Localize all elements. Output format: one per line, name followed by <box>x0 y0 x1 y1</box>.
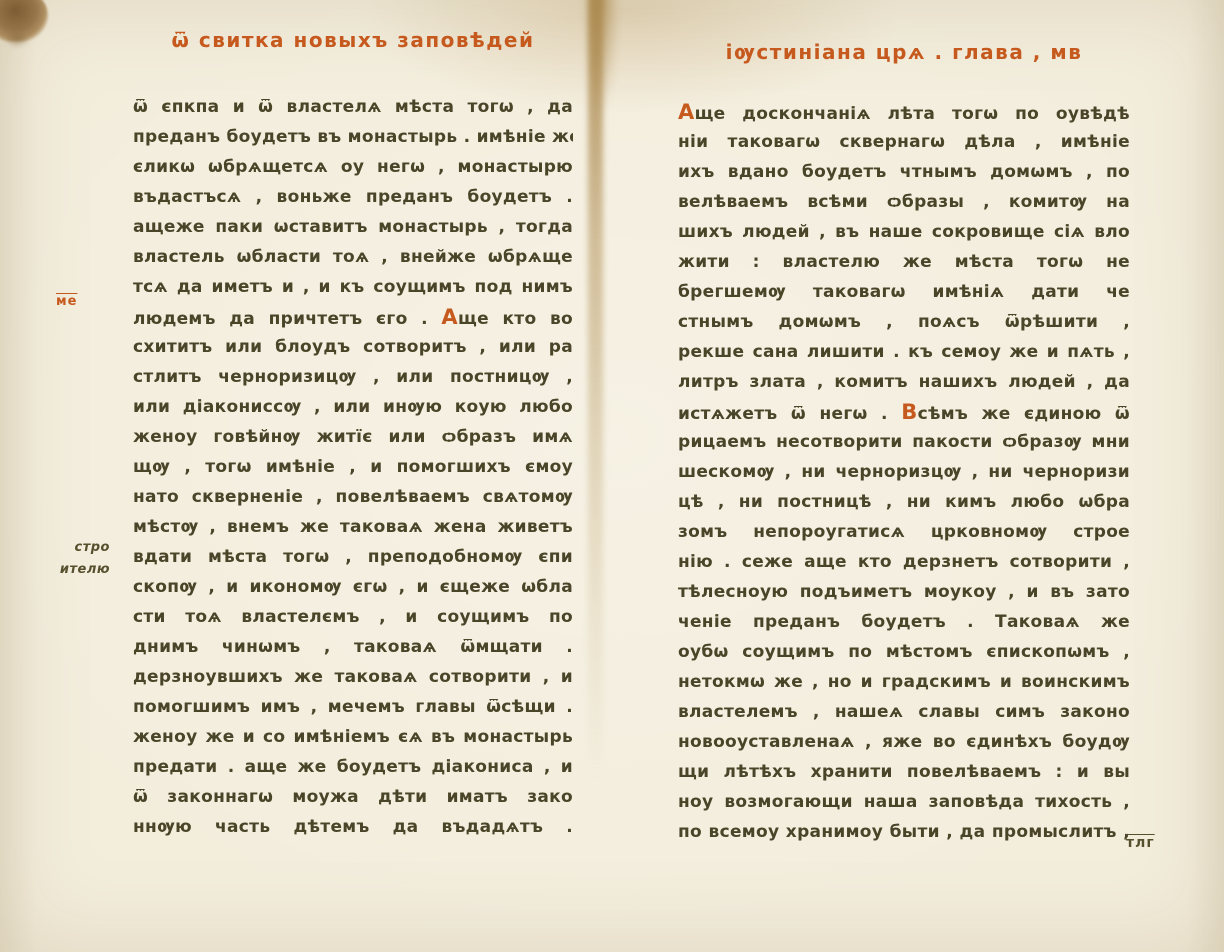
text-segment: щи лѣтѣхъ хранити повелѣваемъ : и вы <box>678 762 1130 782</box>
text-line: предати . аще же боудетъ діакониса , и <box>133 752 573 782</box>
corner-stain-tail <box>4 30 30 48</box>
text-line: стнымъ домѡмъ , поѧсъ ѿрѣшити , <box>678 307 1130 337</box>
quire-signature: тлг <box>1126 835 1155 851</box>
text-segment: оубѡ соущимъ по мѣстомъ єпископѡмъ , <box>678 642 1130 662</box>
text-segment: помогшимъ имъ , мечемъ главы ѿсѣщи . <box>133 697 573 717</box>
text-line: или діакониссѹ , или инѹю коую любо <box>133 392 573 422</box>
text-line: щи лѣтѣхъ хранити повелѣваемъ : и вы <box>678 757 1130 787</box>
text-segment: ихъ вдано боудетъ чтнымъ домѡмъ , по <box>678 162 1130 182</box>
text-segment: новооуставленаѧ , яже во єдинѣхъ боудѹ <box>678 732 1130 752</box>
text-line: нію . сеже аще кто дерзнетъ сотворити , <box>678 547 1130 577</box>
text-segment: щѹ , тогѡ имѣніе , и помогшихъ ємоу <box>133 457 573 477</box>
text-segment: ще кто во <box>458 309 573 329</box>
text-line: рекше сана лишити . къ семоу же и пѧть , <box>678 337 1130 367</box>
text-line: тѣлесноую подъиметъ моукоу , и въ зато <box>678 577 1130 607</box>
text-segment: властель ѡбласти тоѧ , внейже ѡбрѧще <box>133 247 573 267</box>
text-segment: нетокмѡ же , но и градскимъ и воинскимъ <box>678 672 1130 692</box>
text-segment: ченіе преданъ боудетъ . Таковаѧ же <box>678 612 1130 632</box>
text-line: Аще доскончаніѧ лѣта тогѡ по оувѣдѣ <box>678 97 1130 127</box>
text-line: щѹ , тогѡ имѣніе , и помогшихъ ємоу <box>133 452 573 482</box>
text-segment: дерзноувшихъ же таковаѧ сотворити , и <box>133 667 573 687</box>
text-segment: людемъ да причтетъ єго . <box>133 309 441 329</box>
text-segment: тсѧ да иметъ и , и къ соущимъ под нимъ <box>133 277 573 297</box>
text-segment: рицаемъ несотворити пакости ѻбразѹ мни <box>678 432 1130 452</box>
text-line: женоу говѣйнѹ житїє или ѻбразъ имѧ <box>133 422 573 452</box>
text-segment: ще доскончаніѧ лѣта тогѡ по оувѣдѣ <box>695 104 1130 124</box>
text-line: ченіе преданъ боудетъ . Таковаѧ же <box>678 607 1130 637</box>
text-segment: по всемоу хранимоу быти , да промыслитъ … <box>678 822 1130 842</box>
text-line: оубѡ соущимъ по мѣстомъ єпископѡмъ , <box>678 637 1130 667</box>
text-segment: єликѡ ѡбрѧщетсѧ оу негѡ , монастырю <box>133 157 573 177</box>
text-segment: велѣваемъ всѣми ѻбразы , комитѹ на <box>678 192 1130 212</box>
text-segment: рекше сана лишити . къ семоу же и пѧть , <box>678 342 1130 362</box>
text-segment: сти тоѧ властелємъ , и соущимъ по <box>133 607 573 627</box>
text-segment: нію . сеже аще кто дерзнетъ сотворити , <box>678 552 1130 572</box>
text-segment: брегшемѹ таковагѡ имѣніѧ дати че <box>678 282 1130 302</box>
text-line: ѿ єпкпа и ѿ властелѧ мѣста тогѡ , да <box>133 92 573 122</box>
text-line: вдати мѣста тогѡ , преподобномѹ єпи <box>133 542 573 572</box>
text-line: сти тоѧ властелємъ , и соущимъ по <box>133 602 573 632</box>
text-segment: шихъ людей , въ наше сокровище сіѧ вло <box>678 222 1130 242</box>
red-initial: А <box>441 305 458 329</box>
text-segment: въдастъсѧ , воньже преданъ боудетъ . <box>133 187 573 207</box>
text-line: дерзноувшихъ же таковаѧ сотворити , и <box>133 662 573 692</box>
text-line: нато скверненіе , повелѣваемъ свѧтомѹ <box>133 482 573 512</box>
text-line: ѿ законнагѡ моужа дѣти иматъ зако <box>133 782 573 812</box>
text-segment: ѿ єпкпа и ѿ властелѧ мѣста тогѡ , да <box>133 97 573 117</box>
text-segment: жити : властелю же мѣста тогѡ не <box>678 252 1130 272</box>
red-initial: В <box>901 400 917 424</box>
text-segment: женоу говѣйнѹ житїє или ѻбразъ имѧ <box>133 427 573 447</box>
handwritten-margin-note: стро ителю <box>30 537 110 581</box>
text-segment: властелемъ , нашеѧ славы симъ законо <box>678 702 1130 722</box>
text-segment: предати . аще же боудетъ діакониса , и <box>133 757 573 777</box>
text-line: нетокмѡ же , но и градскимъ и воинскимъ <box>678 667 1130 697</box>
text-line: цѣ , ни постницѣ , ни кимъ любо ѡбра <box>678 487 1130 517</box>
text-segment: тѣлесноую подъиметъ моукоу , и въ зато <box>678 582 1130 602</box>
text-line: стлитъ черноризицѹ , или постницѹ , <box>133 362 573 392</box>
text-line: истѧжетъ ѿ негѡ . Всѣмъ же єдиною ѿ <box>678 397 1130 427</box>
text-segment: цѣ , ни постницѣ , ни кимъ любо ѡбра <box>678 492 1130 512</box>
text-line: мѣстѹ , внемъ же таковаѧ жена живетъ <box>133 512 573 542</box>
text-line: властель ѡбласти тоѧ , внейже ѡбрѧще <box>133 242 573 272</box>
text-line: єликѡ ѡбрѧщетсѧ оу негѡ , монастырю <box>133 152 573 182</box>
gutter-shadow <box>588 0 603 780</box>
text-segment: преданъ боудетъ въ монастырь . имѣніе же <box>133 127 573 147</box>
text-segment: литръ злата , комитъ нашихъ людей , да <box>678 372 1130 392</box>
text-line: преданъ боудетъ въ монастырь . имѣніе же <box>133 122 573 152</box>
text-line: скопѹ , и икономѹ єгѡ , и єщеже ѡбла <box>133 572 573 602</box>
text-line: по всемоу хранимоу быти , да промыслитъ … <box>678 817 1130 847</box>
text-segment: ніи таковагѡ сквернагѡ дѣла , имѣніе <box>678 132 1130 152</box>
book-scan: { "colors": { "paper": "#f3eddc", "ink":… <box>0 0 1224 952</box>
text-line: новооуставленаѧ , яже во єдинѣхъ боудѹ <box>678 727 1130 757</box>
text-line: рицаемъ несотворити пакости ѻбразѹ мни <box>678 427 1130 457</box>
text-line: ащеже паки ѡставитъ монастырь , тогда <box>133 212 573 242</box>
text-line: властелемъ , нашеѧ славы симъ законо <box>678 697 1130 727</box>
text-line: ноу возмогающи наша заповѣда тихость , <box>678 787 1130 817</box>
text-segment: стлитъ черноризицѹ , или постницѹ , <box>133 367 573 387</box>
text-line: шескомѹ , ни черноризцѹ , ни черноризи <box>678 457 1130 487</box>
text-segment: вдати мѣста тогѡ , преподобномѹ єпи <box>133 547 573 567</box>
text-line: женоу же и со имѣніемъ єѧ въ монастырь <box>133 722 573 752</box>
text-line: жити : властелю же мѣста тогѡ не <box>678 247 1130 277</box>
text-segment: истѧжетъ ѿ негѡ . <box>678 404 901 424</box>
text-segment: ащеже паки ѡставитъ монастырь , тогда <box>133 217 573 237</box>
chapter-number-margin: ме <box>56 294 77 309</box>
left-page-text: ѿ єпкпа и ѿ властелѧ мѣста тогѡ , дапред… <box>133 92 573 842</box>
text-segment: зомъ непороугатисѧ црковномѹ строе <box>678 522 1130 542</box>
text-segment: мѣстѹ , внемъ же таковаѧ жена живетъ <box>133 517 573 537</box>
gutter-shadow-top <box>585 0 619 116</box>
text-line: велѣваемъ всѣми ѻбразы , комитѹ на <box>678 187 1130 217</box>
text-segment: стнымъ домѡмъ , поѧсъ ѿрѣшити , <box>678 312 1130 332</box>
running-title-left: ѿ свитка новыхъ заповѣдей <box>133 28 573 52</box>
corner-stain <box>0 0 48 42</box>
text-segment: днимъ чинѡмъ , таковаѧ ѿмщати . <box>133 637 573 657</box>
text-segment: женоу же и со имѣніемъ єѧ въ монастырь <box>133 727 573 747</box>
margin-note-line: стро <box>30 537 110 559</box>
text-segment: схититъ или блоудъ сотворитъ , или ра <box>133 337 573 357</box>
text-line: днимъ чинѡмъ , таковаѧ ѿмщати . <box>133 632 573 662</box>
text-segment: ннѹю часть дѣтемъ да въдадѧтъ . <box>133 817 573 837</box>
text-line: зомъ непороугатисѧ црковномѹ строе <box>678 517 1130 547</box>
text-segment: ѿ законнагѡ моужа дѣти иматъ зако <box>133 787 573 807</box>
text-line: ихъ вдано боудетъ чтнымъ домѡмъ , по <box>678 157 1130 187</box>
text-line: въдастъсѧ , воньже преданъ боудетъ . <box>133 182 573 212</box>
text-segment: скопѹ , и икономѹ єгѡ , и єщеже ѡбла <box>133 577 573 597</box>
text-line: брегшемѹ таковагѡ имѣніѧ дати че <box>678 277 1130 307</box>
text-line: схититъ или блоудъ сотворитъ , или ра <box>133 332 573 362</box>
text-line: людемъ да причтетъ єго . Аще кто во <box>133 302 573 332</box>
text-segment: сѣмъ же єдиною ѿ <box>918 404 1130 424</box>
text-segment: нато скверненіе , повелѣваемъ свѧтомѹ <box>133 487 573 507</box>
text-segment: или діакониссѹ , или инѹю коую любо <box>133 397 573 417</box>
text-segment: ноу возмогающи наша заповѣда тихость , <box>678 792 1130 812</box>
text-line: ннѹю часть дѣтемъ да въдадѧтъ . <box>133 812 573 842</box>
text-line: помогшимъ имъ , мечемъ главы ѿсѣщи . <box>133 692 573 722</box>
margin-note-line: ителю <box>30 559 110 581</box>
text-line: ніи таковагѡ сквернагѡ дѣла , имѣніе <box>678 127 1130 157</box>
text-line: литръ злата , комитъ нашихъ людей , да <box>678 367 1130 397</box>
right-page-text: Аще доскончаніѧ лѣта тогѡ по оувѣдѣніи т… <box>678 97 1130 847</box>
text-segment: шескомѹ , ни черноризцѹ , ни черноризи <box>678 462 1130 482</box>
red-initial: А <box>678 100 695 124</box>
text-line: шихъ людей , въ наше сокровище сіѧ вло <box>678 217 1130 247</box>
text-line: тсѧ да иметъ и , и къ соущимъ под нимъ <box>133 272 573 302</box>
running-title-right: іѹстиніана црѧ . глава , мв <box>678 40 1130 64</box>
